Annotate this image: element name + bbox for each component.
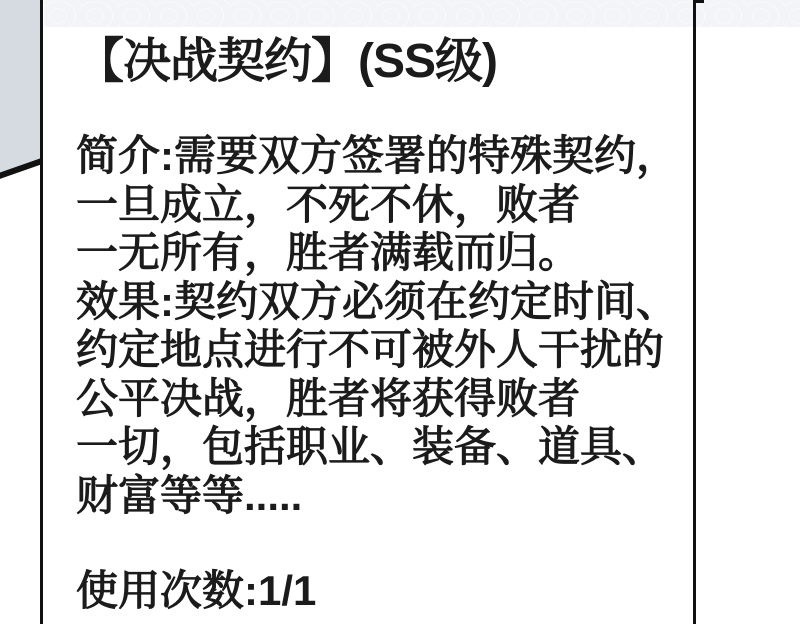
panel-border-right-line — [693, 0, 696, 624]
description-line: 效果:契约双方必须在约定时间、 — [76, 278, 678, 327]
description-line: 公平决战，胜者将获得败者 — [76, 375, 678, 424]
item-title: 【决战契约】(SS级) — [76, 34, 497, 90]
panel-border-left-line — [40, 0, 43, 624]
description-line: 约定地点进行不可被外人干扰的 — [76, 326, 678, 375]
adjacent-panel-fill — [0, 0, 41, 175]
description-line: 一切，包括职业、装备、道具、 — [76, 423, 678, 472]
description-line: 一无所有，胜者满载而归。 — [76, 229, 678, 278]
item-description: 简介:需要双方签署的特殊契约，一旦成立，不死不休，败者一无所有，胜者满载而归。效… — [76, 132, 678, 520]
faint-top-halftone-texture — [44, 0, 800, 27]
description-line: 一旦成立，不死不休，败者 — [76, 181, 678, 230]
description-line: 财富等等..... — [76, 472, 678, 521]
description-line: 简介:需要双方签署的特殊契约， — [76, 132, 678, 181]
adjacent-panel-corner — [0, 0, 41, 182]
comic-panel-page: 【决战契约】(SS级) 简介:需要双方签署的特殊契约，一旦成立，不死不休，败者一… — [0, 0, 800, 624]
item-usage-count: 使用次数:1/1 — [76, 566, 316, 616]
panel-border-top-corner — [693, 0, 704, 3]
